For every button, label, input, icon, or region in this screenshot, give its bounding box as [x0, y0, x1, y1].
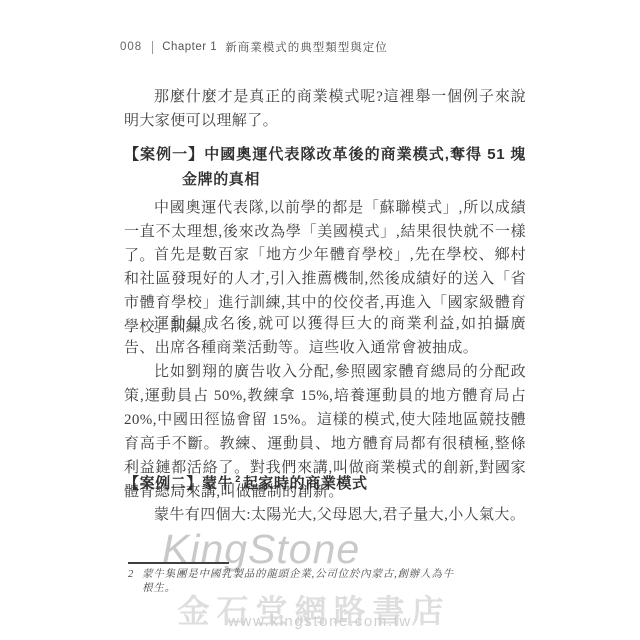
book-page: 008 Chapter 1 新商業模式的典型類型與定位 那麼什麼才是真正的商業模…	[0, 0, 640, 640]
case1-paragraph-3: 運動員成名後,就可以獲得巨大的商業利益,如拍攝廣告、出席各種商業活動等。這些收入…	[124, 312, 526, 360]
footnote: 2 蒙牛集團是中國乳製品的龍頭企業,公司位於內蒙古,創辦人為牛根生。	[128, 568, 458, 596]
case2-heading-text: 【案例二】蒙牛	[124, 475, 233, 492]
kingstone-script-watermark: KingStone	[162, 526, 360, 573]
chapter-title: 新商業模式的典型類型與定位	[225, 39, 388, 55]
store-url-watermark: www.kingstone.com.tw	[0, 613, 640, 630]
case2-heading: 【案例二】蒙牛2起家時的商業模式	[124, 471, 526, 496]
footnote-number: 2	[128, 568, 134, 596]
chapter-label: Chapter 1	[162, 41, 217, 53]
page-number: 008	[120, 41, 142, 53]
footnote-text: 蒙牛集團是中國乳製品的龍頭企業,公司位於內蒙古,創辦人為牛根生。	[142, 568, 458, 596]
case2-heading-suffix: 起家時的商業模式	[243, 475, 368, 492]
running-header: 008 Chapter 1 新商業模式的典型類型與定位	[120, 39, 388, 55]
intro-paragraph: 那麼什麼才是真正的商業模式呢?這裡舉一個例子來說明大家便可以理解了。	[124, 85, 526, 133]
case1-heading: 【案例一】中國奧運代表隊改革後的商業模式,奪得 51 塊金牌的真相	[124, 142, 526, 192]
header-divider	[152, 41, 153, 54]
footnote-separator	[128, 562, 229, 564]
footnote-reference: 2	[235, 474, 241, 484]
case2-paragraph-1: 蒙牛有四個大:太陽光大,父母恩大,君子量大,小人氣大。	[124, 503, 526, 527]
